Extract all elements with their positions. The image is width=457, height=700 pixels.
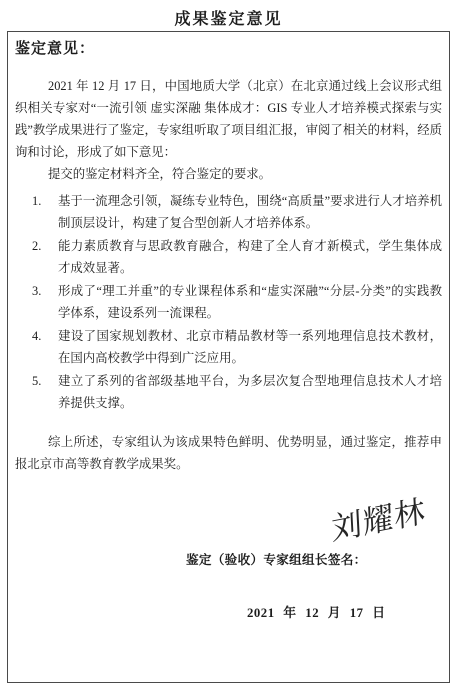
item-text: 形成了“理工并重”的专业课程体系和“虚实深融”“分层-分类”的实践教学体系，建设… (58, 281, 442, 324)
opinion-item-list: 1. 基于一流理念引领，凝练专业特色，围绕“高质量”要求进行人才培养机制顶层设计… (15, 191, 442, 414)
item-number: 5. (32, 371, 58, 414)
opinion-item-3: 3. 形成了“理工并重”的专业课程体系和“虚实深融”“分层-分类”的实践教学体系… (15, 281, 442, 324)
date-line: 2021 年 12 月 17 日 (247, 602, 386, 621)
opinion-item-1: 1. 基于一流理念引领，凝练专业特色，围绕“高质量”要求进行人才培养机制顶层设计… (15, 191, 442, 234)
item-number: 1. (32, 191, 58, 234)
item-text: 基于一流理念引领，凝练专业特色，围绕“高质量”要求进行人才培养机制顶层设计，构建… (58, 191, 442, 234)
item-number: 2. (32, 236, 58, 279)
document-page: 成果鉴定意见 鉴定意见： 2021 年 12 月 17 日，中国地质大学（北京）… (0, 0, 457, 700)
opinion-item-2: 2. 能力素质教育与思政教育融合，构建了全人育才新模式，学生集体成才成效显著。 (15, 236, 442, 279)
opinion-heading: 鉴定意见： (15, 38, 442, 60)
opinion-item-5: 5. 建立了系列的省部级基地平台，为多层次复合型地理信息技术人才培养提供支撑。 (15, 371, 442, 414)
item-text: 能力素质教育与思政教育融合，构建了全人育才新模式，学生集体成才成效显著。 (58, 236, 442, 279)
conclusion-paragraph: 综上所述，专家组认为该成果特色鲜明、优势明显，通过鉴定，推荐申报北京市高等教育教… (15, 431, 442, 475)
document-title: 成果鉴定意见 (0, 6, 457, 29)
item-number: 4. (32, 326, 58, 369)
materials-statement: 提交的鉴定材料齐全，符合鉴定的要求。 (15, 163, 442, 185)
item-number: 3. (32, 281, 58, 324)
item-text: 建设了国家规划教材、北京市精品教材等一系列地理信息技术教材，在国内高校教学中得到… (58, 326, 442, 369)
opinion-item-4: 4. 建设了国家规划教材、北京市精品教材等一系列地理信息技术教材，在国内高校教学… (15, 326, 442, 369)
item-text: 建立了系列的省部级基地平台，为多层次复合型地理信息技术人才培养提供支撑。 (58, 371, 442, 414)
opinion-box: 鉴定意见： 2021 年 12 月 17 日，中国地质大学（北京）在北京通过线上… (7, 31, 450, 683)
intro-paragraph: 2021 年 12 月 17 日，中国地质大学（北京）在北京通过线上会议形式组织… (15, 75, 442, 163)
